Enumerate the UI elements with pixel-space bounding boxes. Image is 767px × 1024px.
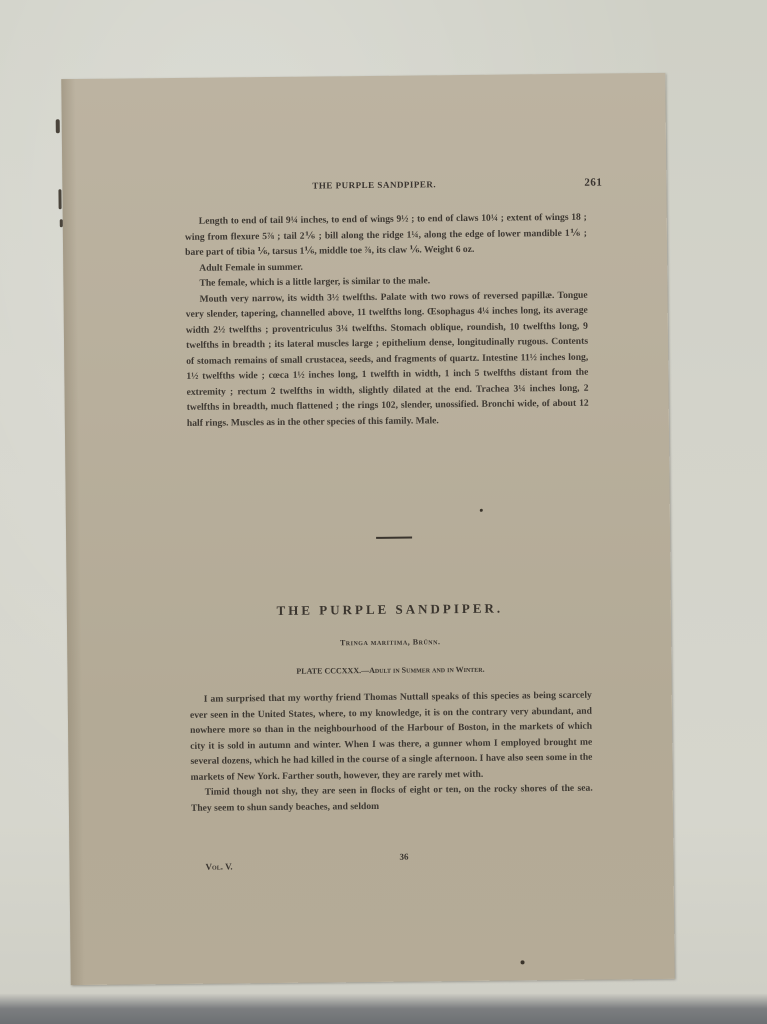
section-body: I am surprised that my worthy friend Tho… (190, 688, 593, 816)
section-title: THE PURPLE SANDPIPER. (189, 600, 591, 620)
measurements-paragraph: Length to end of tail 9¼ inches, to end … (185, 210, 587, 261)
body-paragraph: Timid though not shy, they are seen in f… (191, 781, 593, 816)
anatomy-paragraph: Mouth very narrow, its width 3½ twelfths… (186, 287, 589, 431)
latin-name: Tringa maritima, Brünn. (189, 636, 591, 649)
paper-speck (521, 960, 525, 964)
description-block: Length to end of tail 9¼ inches, to end … (185, 210, 589, 431)
torn-edge-mark (58, 189, 61, 209)
torn-edge-mark (60, 219, 63, 227)
paper-speck (480, 509, 483, 512)
plate-caption: PLATE CCCXXX.—Adult in Summer and in Win… (189, 664, 591, 677)
section-divider (376, 537, 412, 539)
running-title: THE PURPLE SANDPIPER. (312, 179, 436, 190)
body-paragraph: I am surprised that my worthy friend Tho… (190, 688, 593, 785)
torn-edge-mark (56, 119, 60, 133)
signature-mark: 36 (399, 852, 408, 862)
page-number: 261 (584, 177, 602, 189)
volume-label: Vol. V. (205, 861, 232, 871)
running-head: THE PURPLE SANDPIPER. 261 (182, 177, 606, 197)
book-page: THE PURPLE SANDPIPER. 261 Length to end … (61, 73, 674, 985)
